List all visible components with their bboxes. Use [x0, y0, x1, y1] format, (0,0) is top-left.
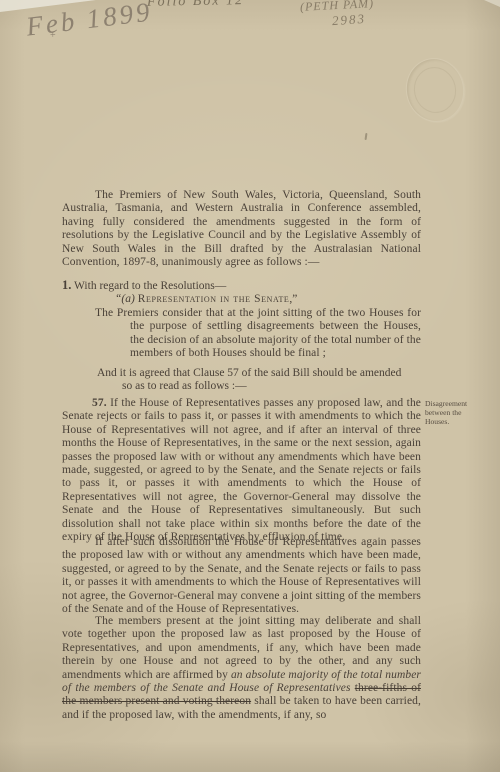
paper-edge-top-right [484, 0, 500, 7]
clause-body: If the House of Representatives passes a… [62, 397, 421, 543]
clause-57-paragraph: 57. If the House of Representatives pass… [62, 397, 421, 544]
dissolution-paragraph: If after such dissolution the House of R… [62, 536, 421, 616]
premiers-consider-paragraph: The Premiers consider that at the joint … [130, 307, 421, 361]
item-text: With regard to the Resolutions— [71, 280, 226, 292]
quote-suffix: ,” [289, 293, 297, 305]
pencil-plus-mark: + [50, 30, 56, 41]
handwritten-shelfmark-line2: 2983 [331, 11, 366, 29]
resolution-quote-a: “(a) Representation in the Senate,” [115, 293, 297, 306]
opening-paragraph: The Premiers of New South Wales, Victori… [62, 189, 421, 269]
paper-speck [365, 133, 368, 140]
clause-number: 57. [92, 397, 107, 409]
embossed-stamp-inner-ring [410, 63, 461, 117]
item-number: 1. [62, 278, 71, 292]
scanned-document-page: Feb 1899 + Folio Box 12 (PETH PAM) 2983 … [0, 0, 500, 772]
joint-sitting-paragraph: The members present at the joint sitting… [62, 615, 421, 722]
quote-prefix: “(a) [115, 293, 138, 305]
embossed-library-stamp [400, 53, 470, 128]
handwritten-box-label: Folio Box 12 [147, 0, 244, 11]
marginal-note: Disagreement between the Houses. [425, 400, 479, 426]
agreed-line-1: And it is agreed that Clause 57 of the s… [97, 367, 401, 380]
resolution-item-1: 1. With regard to the Resolutions— [62, 279, 226, 293]
quote-smallcaps-text: Representation in the Senate [138, 293, 290, 305]
agreed-line-2: so as to read as follows :— [122, 380, 247, 393]
